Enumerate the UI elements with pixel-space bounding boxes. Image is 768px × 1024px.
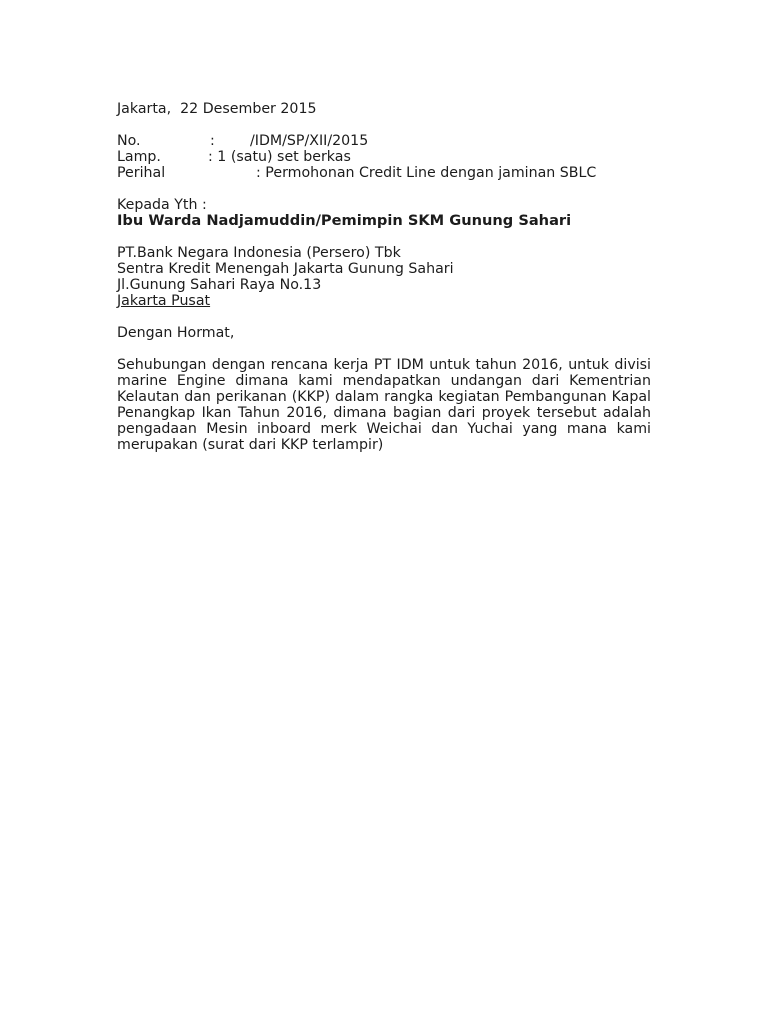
spacer <box>117 117 651 133</box>
recipient-to-label: Kepada Yth : <box>117 197 651 213</box>
recipient-address-line: PT.Bank Negara Indonesia (Persero) Tbk <box>117 245 651 261</box>
meta-row-subject: Perihal : Permohonan Credit Line dengan … <box>117 165 651 181</box>
recipient-address-line: Jl.Gunung Sahari Raya No.13 <box>117 277 651 293</box>
letter-content: Jakarta, 22 Desember 2015 No. : /IDM/SP/… <box>117 101 651 453</box>
spacer <box>117 229 651 245</box>
meta-row-attachment: Lamp. : 1 (satu) set berkas <box>117 149 651 165</box>
subject-label: Perihal <box>117 165 165 181</box>
greeting: Dengan Hormat, <box>117 325 651 341</box>
meta-row-number: No. : /IDM/SP/XII/2015 <box>117 133 651 149</box>
place-date: Jakarta, 22 Desember 2015 <box>117 101 651 117</box>
body-paragraph: Sehubungan dengan rencana kerja PT IDM u… <box>117 357 651 453</box>
attachment-label: Lamp. <box>117 149 161 165</box>
recipient-name: Ibu Warda Nadjamuddin/Pemimpin SKM Gunun… <box>117 213 651 229</box>
recipient-city: Jakarta Pusat <box>117 293 651 309</box>
recipient-address-line: Sentra Kredit Menengah Jakarta Gunung Sa… <box>117 261 651 277</box>
number-label: No. <box>117 133 141 149</box>
spacer <box>117 309 651 325</box>
spacer <box>117 181 651 197</box>
number-colon: : <box>210 133 215 149</box>
spacer <box>117 341 651 357</box>
attachment-value: : 1 (satu) set berkas <box>208 149 351 165</box>
document-page: Jakarta, 22 Desember 2015 No. : /IDM/SP/… <box>0 0 768 1024</box>
number-value: /IDM/SP/XII/2015 <box>250 133 368 149</box>
subject-value: : Permohonan Credit Line dengan jaminan … <box>256 165 596 181</box>
